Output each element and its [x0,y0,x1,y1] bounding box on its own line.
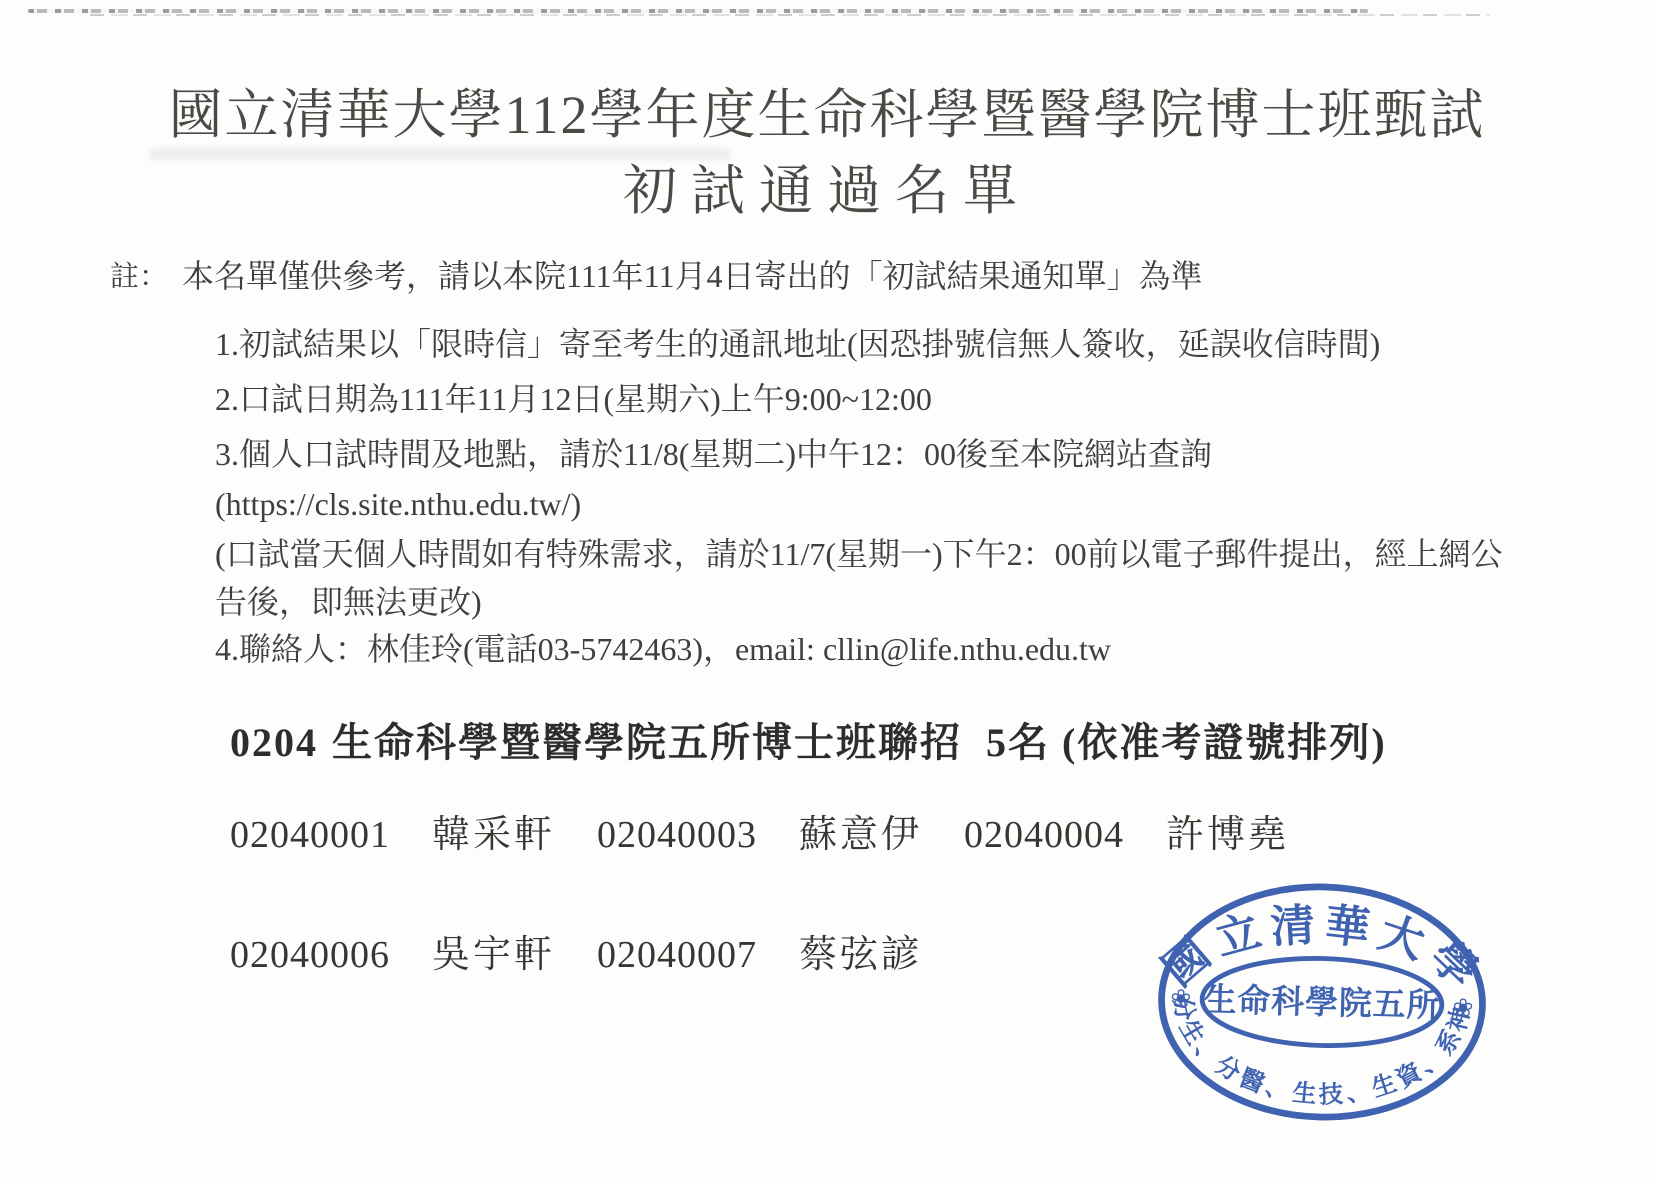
candidate-row-2: 02040006吳宇軒02040007蔡弦諺 [230,930,922,980]
title-line-1: 國立清華大學112學年度生命科學暨醫學院博士班甄試 [0,78,1654,152]
note-line-3: 3.個人口試時間及地點，請於11/8(星期二)中午12：00後至本院網站查詢 [215,433,1580,475]
note-line-3-url: (https://cls.site.nthu.edu.tw/) [215,483,1580,525]
note-intro-row: 註：本名單僅供參考，請以本院111年11月4日寄出的「初試結果通知單」為準 [110,255,1580,298]
note-line-2: 2.口試日期為111年11月12日(星期六)上午9:00~12:00 [215,378,1580,420]
stamp-center-text: 生命科學院五所 [1203,982,1441,1025]
candidate-id: 02040006 [230,934,390,976]
plum-blossom-icon: ❀ [1170,986,1192,1014]
section-admit-count: 5名 [986,720,1050,765]
candidate-name: 吳宇軒 [432,934,555,976]
plum-blossom-icon: ❀ [1452,995,1474,1023]
candidate-name: 蔡弦諺 [799,934,922,976]
note-line-remark: (口試當天個人時間如有特殊需求，請於11/7(星期一)下午2：00前以電子郵件提… [215,533,1580,575]
candidate-name: 韓采軒 [432,814,555,856]
note-intro-text: 本名單僅供參考，請以本院111年11月4日寄出的「初試結果通知單」為準 [182,258,1202,294]
candidate-id: 02040003 [597,814,757,856]
notes-section: 註：本名單僅供參考，請以本院111年11月4日寄出的「初試結果通知單」為準 1.… [110,255,1580,670]
note-line-1: 1.初試結果以「限時信」寄至考生的通訊地址(因恐掛號信無人簽收，延誤收信時間) [215,323,1580,365]
candidate-id: 02040007 [597,934,757,976]
section-heading: 0204生命科學暨醫學院五所博士班聯招5名(依准考證號排列) [230,718,1387,768]
document-title: 國立清華大學112學年度生命科學暨醫學院博士班甄試 初試通過名單 [0,78,1654,228]
note-label: 註： [110,261,168,293]
university-stamp: 國立清華大學 分生、分醫、生技、生資、系神 生命科學院五所 ❀ ❀ [1148,876,1496,1128]
scan-artifact-line [28,9,1368,13]
section-code: 0204 [230,720,318,765]
section-title: 生命科學暨醫學院五所博士班聯招 [332,720,962,765]
note-line-remark-continued: 告後，即無法更改) [215,581,1580,623]
section-sort-note: (依准考證號排列) [1062,720,1387,765]
note-line-4-contact: 4.聯絡人：林佳玲(電話03-5742463)，email: cllin@lif… [215,628,1580,670]
candidate-name: 許博堯 [1166,814,1289,856]
candidate-id: 02040001 [230,814,390,856]
candidate-id: 02040004 [964,814,1124,856]
scan-artifact-line [90,14,1490,16]
scanned-document-page: 國立清華大學112學年度生命科學暨醫學院博士班甄試 初試通過名單 註：本名單僅供… [0,0,1654,1184]
title-line-2: 初試通過名單 [0,154,1654,228]
candidate-name: 蘇意伊 [799,814,922,856]
candidate-row-1: 02040001韓采軒02040003蘇意伊02040004許博堯 [230,810,1289,860]
